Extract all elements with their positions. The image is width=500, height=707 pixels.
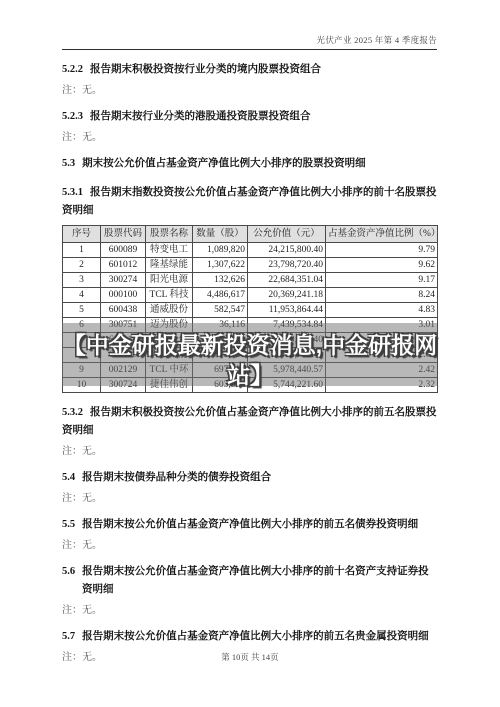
table-row: 3300274阳光电源132,62622,684,351.049.17 [63,273,438,288]
table-cell: 9.17 [326,273,438,288]
table-cell: 582,547 [193,303,248,318]
section-title: 期末按公允价值占基金资产净值比例大小排序的股票投资明细 [82,158,366,169]
section-heading-5-2-3: 5.2.3报告期末按行业分类的港股通投资股票投资组合 [62,108,437,126]
watermark-overlay: 【中金研报最新投资消息,中金研报网 站】 [0,330,500,390]
header-right-text: 光伏产业 2025 年第 4 季度报告 [317,35,437,45]
section-note: 注：无。 [62,492,437,505]
section-number: 5.3.2 [62,407,83,418]
section-number: 5.6 [62,566,75,577]
table-cell: 20,369,241.18 [248,288,326,303]
section-title: 报告期末按公允价值占基金资产净值比例大小排序的前十名资产支持证券投资明细 [82,566,429,595]
section-note: 注：无。 [62,539,437,552]
table-cell: 3 [63,273,101,288]
col-header-fair-value: 公允价值（元） [248,226,326,243]
section-note: 注：无。 [62,604,437,617]
table-cell: 9.62 [326,258,438,273]
table-cell: 000100 [101,288,146,303]
table-cell: 1,089,820 [193,243,248,258]
document-header: 光伏产业 2025 年第 4 季度报告 [62,34,437,46]
section-note: 注：无。 [62,131,437,144]
section-number: 5.4 [62,472,75,483]
table-cell: 4 [63,288,101,303]
section-number: 5.3 [62,158,75,169]
table-cell: 600438 [101,303,146,318]
section-heading-5-2-2: 5.2.2报告期末积极投资按行业分类的境内股票投资组合 [62,61,437,79]
section-title: 报告期末积极投资按公允价值占基金资产净值比例大小排序的前五名股票投资明细 [62,407,437,436]
table-header-row: 序号 股票代码 股票名称 数量（股） 公允价值（元） 占基金资产净值比例（%） [63,226,438,243]
section-number: 5.7 [62,631,75,642]
section-title: 报告期末指数投资按公允价值占基金资产净值比例大小排序的前十名股票投资明细 [62,187,437,216]
section-heading-5-7: 5.7报告期末按公允价值占基金资产净值比例大小排序的前五名贵金属投资明细 [62,628,437,646]
table-cell: 特变电工 [146,243,193,258]
page-number-text: 第 10页 共 14页 [221,652,278,662]
table-cell: 通威股份 [146,303,193,318]
table-cell: 300274 [101,273,146,288]
table-cell: 22,684,351.04 [248,273,326,288]
section-heading-5-3-1: 5.3.1报告期末指数投资按公允价值占基金资产净值比例大小排序的前十名股票投资明… [62,184,437,220]
section-title: 报告期末按债券品种分类的债券投资组合 [82,472,271,483]
section-title: 报告期末积极投资按行业分类的境内股票投资组合 [90,64,321,75]
col-header-seq: 序号 [63,226,101,243]
col-header-nav-ratio: 占基金资产净值比例（%） [326,226,438,243]
table-cell: 600089 [101,243,146,258]
watermark-line1: 【中金研报最新投资消息,中金研报网 [0,330,500,360]
section-heading-5-3: 5.3期末按公允价值占基金资产净值比例大小排序的股票投资明细 [62,155,437,173]
section-number: 5.2.3 [62,111,83,122]
section-number: 5.5 [62,519,75,530]
col-header-name: 股票名称 [146,226,193,243]
table-cell: 9.79 [326,243,438,258]
section-number: 5.2.2 [62,64,83,75]
table-cell: 隆基绿能 [146,258,193,273]
page-footer: 第 10页 共 14页 [0,651,500,663]
table-cell: 1,307,622 [193,258,248,273]
section-heading-5-6: 5.6报告期末按公允价值占基金资产净值比例大小排序的前十名资产支持证券投资明细 [62,563,437,599]
table-cell: 1 [63,243,101,258]
table-cell: 601012 [101,258,146,273]
col-header-quantity: 数量（股） [193,226,248,243]
table-cell: 5 [63,303,101,318]
section-heading-5-5: 5.5报告期末按公允价值占基金资产净值比例大小排序的前五名债券投资明细 [62,516,437,534]
section-heading-5-3-2: 5.3.2报告期末积极投资按公允价值占基金资产净值比例大小排序的前五名股票投资明… [62,404,437,440]
section-heading-5-4: 5.4报告期末按债券品种分类的债券投资组合 [62,469,437,487]
section-number: 5.3.1 [62,187,83,198]
table-cell: 4.83 [326,303,438,318]
table-row: 2601012隆基绿能1,307,62223,798,720.409.62 [63,258,438,273]
section-note: 注：无。 [62,445,437,458]
table-cell: 阳光电源 [146,273,193,288]
table-row: 1600089特变电工1,089,82024,215,800.409.79 [63,243,438,258]
table-cell: 24,215,800.40 [248,243,326,258]
table-cell: 8.24 [326,288,438,303]
section-title: 报告期末按公允价值占基金资产净值比例大小排序的前五名债券投资明细 [82,519,418,530]
table-row: 5600438通威股份582,54711,953,864.444.83 [63,303,438,318]
table-row: 4000100TCL 科技4,486,61720,369,241.188.24 [63,288,438,303]
col-header-code: 股票代码 [101,226,146,243]
table-cell: 4,486,617 [193,288,248,303]
table-cell: 2 [63,258,101,273]
watermark-line2: 站】 [0,360,500,390]
table-cell: 11,953,864.44 [248,303,326,318]
header-rule [62,49,437,50]
table-cell: 132,626 [193,273,248,288]
table-cell: TCL 科技 [146,288,193,303]
section-note: 注：无。 [62,84,437,97]
table-cell: 23,798,720.40 [248,258,326,273]
section-title: 报告期末按公允价值占基金资产净值比例大小排序的前五名贵金属投资明细 [82,631,429,642]
section-title: 报告期末按行业分类的港股通投资股票投资组合 [90,111,311,122]
report-page: { "page": { "header_right": "光伏产业 2025 年… [0,0,500,707]
